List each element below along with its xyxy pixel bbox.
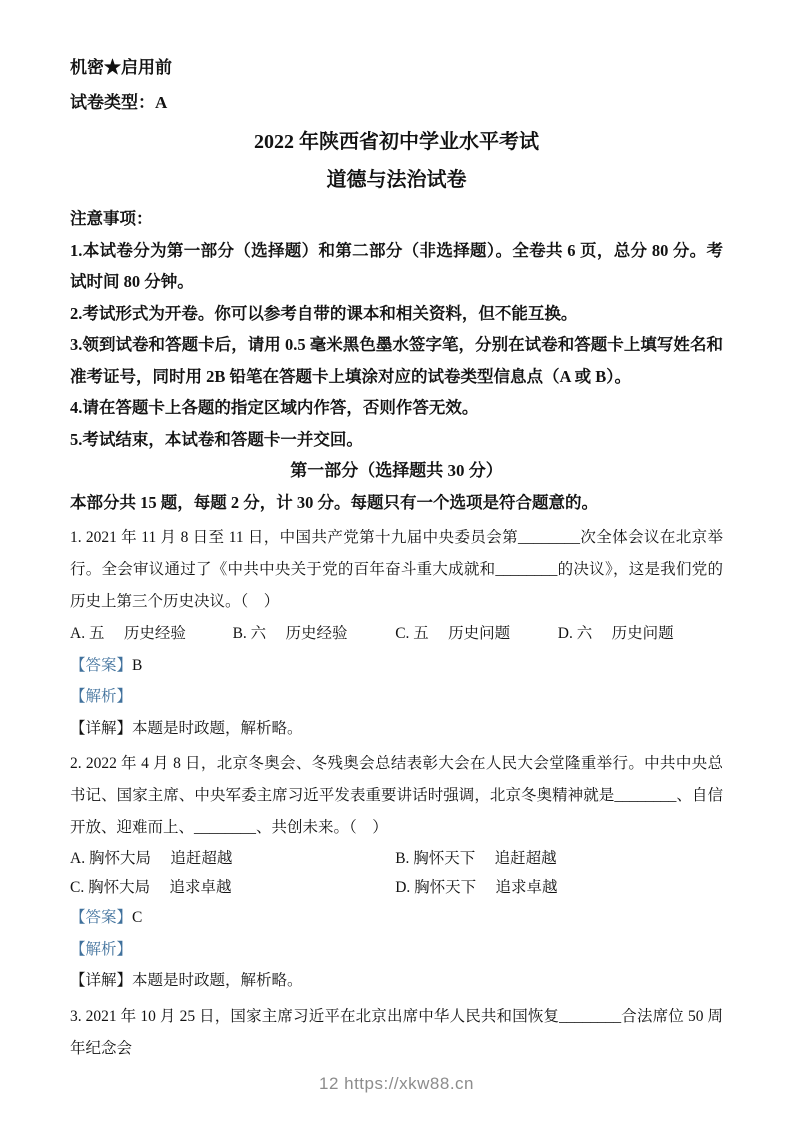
- analysis-label: 【解析】: [70, 688, 132, 705]
- detail-text: 本题是时政题，解析略。: [132, 972, 303, 989]
- question-1: 1. 2021 年 11 月 8 日至 11 日，中国共产党第十九届中央委员会第…: [70, 522, 723, 744]
- option-a: A. 五 历史经验: [70, 618, 233, 650]
- answer-value: C: [132, 909, 142, 926]
- notice-item-5: 5.考试结束，本试卷和答题卡一并交回。: [70, 424, 723, 456]
- notice-item-1: 1.本试卷分为第一部分（选择题）和第二部分（非选择题）。全卷共 6 页，总分 8…: [70, 235, 723, 298]
- answer-label: 【答案】: [70, 909, 132, 926]
- part1-heading: 第一部分（选择题共 30 分）: [70, 455, 723, 487]
- answer-value: B: [132, 657, 142, 674]
- question-3: 3. 2021 年 10 月 25 日，国家主席习近平在北京出席中华人民共和国恢…: [70, 1001, 723, 1065]
- part1-intro: 本部分共 15 题，每题 2 分，计 30 分。每题只有一个选项是符合题意的。: [70, 487, 723, 519]
- options-grid: A. 胸怀大局 追赶超越 B. 胸怀天下 追赶超越 C. 胸怀大局 追求卓越 D…: [70, 844, 723, 902]
- page-footer-watermark: 12 https://xkw88.cn: [0, 1074, 793, 1094]
- notice-item-3: 3.领到试卷和答题卡后，请用 0.5 毫米黑色墨水签字笔，分别在试卷和答题卡上填…: [70, 329, 723, 392]
- notice-item-4: 4.请在答题卡上各题的指定区域内作答，否则作答无效。: [70, 392, 723, 424]
- analysis-label: 【解析】: [70, 941, 132, 958]
- answer-line: 【答案】C: [70, 902, 723, 934]
- option-d: D. 六 历史问题: [558, 618, 723, 650]
- notice-item-2: 2.考试形式为开卷。你可以参考自带的课本和相关资料，但不能互换。: [70, 298, 723, 330]
- exam-subtitle: 道德与法治试卷: [70, 165, 723, 195]
- option-b: B. 六 历史经验: [233, 618, 396, 650]
- detail-label: 【详解】: [70, 972, 132, 989]
- option-a: A. 胸怀大局 追赶超越: [70, 844, 395, 873]
- notice-heading: 注意事项：: [70, 203, 723, 235]
- question-2: 2. 2022 年 4 月 8 日，北京冬奥会、冬残奥会总结表彰大会在人民大会堂…: [70, 748, 723, 997]
- analysis-line: 【解析】: [70, 934, 723, 966]
- answer-label: 【答案】: [70, 657, 132, 674]
- question-stem: 3. 2021 年 10 月 25 日，国家主席习近平在北京出席中华人民共和国恢…: [70, 1001, 723, 1065]
- option-c: C. 胸怀大局 追求卓越: [70, 873, 395, 902]
- detail-text: 本题是时政题，解析略。: [132, 720, 303, 737]
- exam-title: 2022 年陕西省初中学业水平考试: [70, 127, 723, 157]
- question-stem: 2. 2022 年 4 月 8 日，北京冬奥会、冬残奥会总结表彰大会在人民大会堂…: [70, 748, 723, 844]
- detail-label: 【详解】: [70, 720, 132, 737]
- exam-document-page: 机密★启用前 试卷类型：A 2022 年陕西省初中学业水平考试 道德与法治试卷 …: [0, 0, 793, 1122]
- security-label: 机密★启用前: [70, 56, 723, 80]
- paper-type-label: 试卷类型：A: [70, 91, 723, 115]
- detail-line: 【详解】本题是时政题，解析略。: [70, 965, 723, 997]
- question-stem: 1. 2021 年 11 月 8 日至 11 日，中国共产党第十九届中央委员会第…: [70, 522, 723, 618]
- detail-line: 【详解】本题是时政题，解析略。: [70, 713, 723, 745]
- option-b: B. 胸怀天下 追赶超越: [395, 844, 720, 873]
- option-c: C. 五 历史问题: [395, 618, 558, 650]
- answer-line: 【答案】B: [70, 650, 723, 682]
- analysis-line: 【解析】: [70, 681, 723, 713]
- option-d: D. 胸怀天下 追求卓越: [395, 873, 720, 902]
- options-row: A. 五 历史经验 B. 六 历史经验 C. 五 历史问题 D. 六 历史问题: [70, 618, 723, 650]
